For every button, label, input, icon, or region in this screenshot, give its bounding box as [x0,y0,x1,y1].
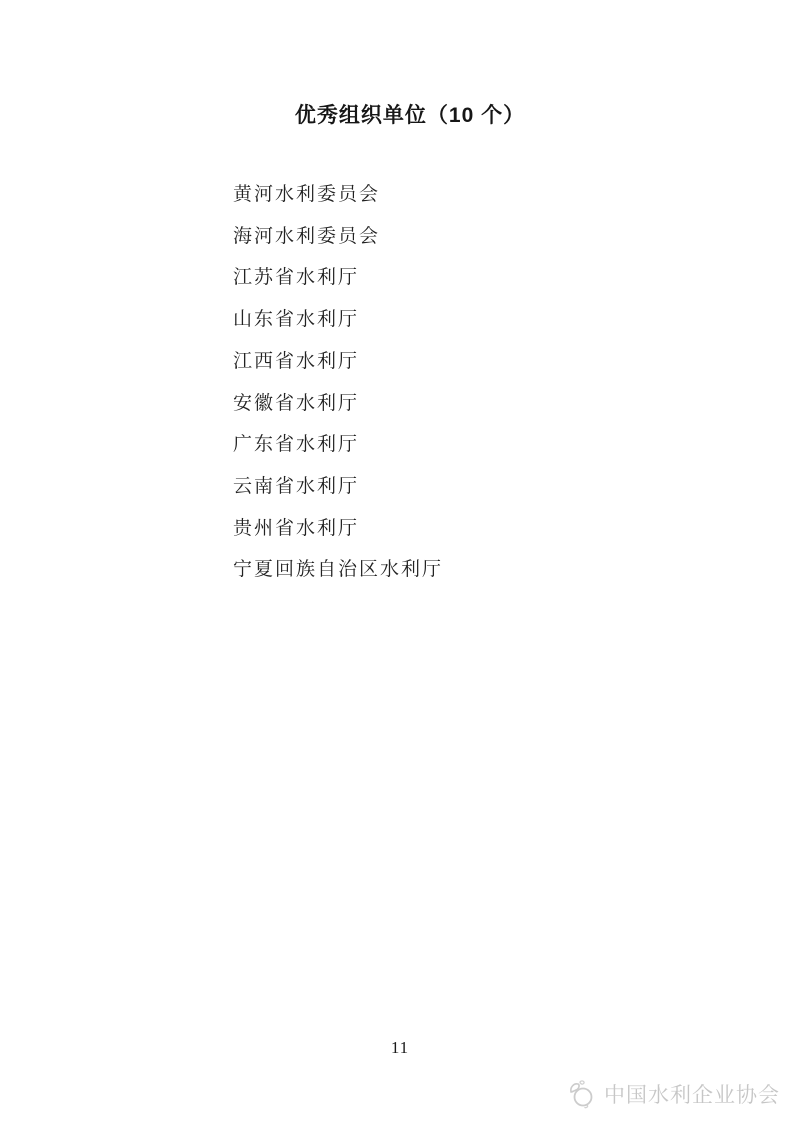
list-item: 江西省水利厅 [233,341,443,383]
watermark: 中国水利企业协会 [565,1078,780,1110]
list-item: 贵州省水利厅 [233,508,443,550]
list-item: 广东省水利厅 [233,424,443,466]
watermark-label: 中国水利企业协会 [604,1079,780,1109]
list-item: 江苏省水利厅 [233,257,443,299]
list-item: 黄河水利委员会 [233,174,443,216]
organization-list: 黄河水利委员会 海河水利委员会 江苏省水利厅 山东省水利厅 江西省水利厅 安徽省… [233,174,443,591]
document-page: 优秀组织单位（10 个） 黄河水利委员会 海河水利委员会 江苏省水利厅 山东省水… [0,0,800,1131]
water-drop-splash-logo-icon [565,1078,597,1110]
list-item: 宁夏回族自治区水利厅 [233,549,443,591]
list-item: 海河水利委员会 [233,216,443,258]
list-item: 山东省水利厅 [233,299,443,341]
list-item: 云南省水利厅 [233,466,443,508]
page-title: 优秀组织单位（10 个） [0,99,800,129]
page-number: 11 [0,1038,800,1058]
list-item: 安徽省水利厅 [233,383,443,425]
